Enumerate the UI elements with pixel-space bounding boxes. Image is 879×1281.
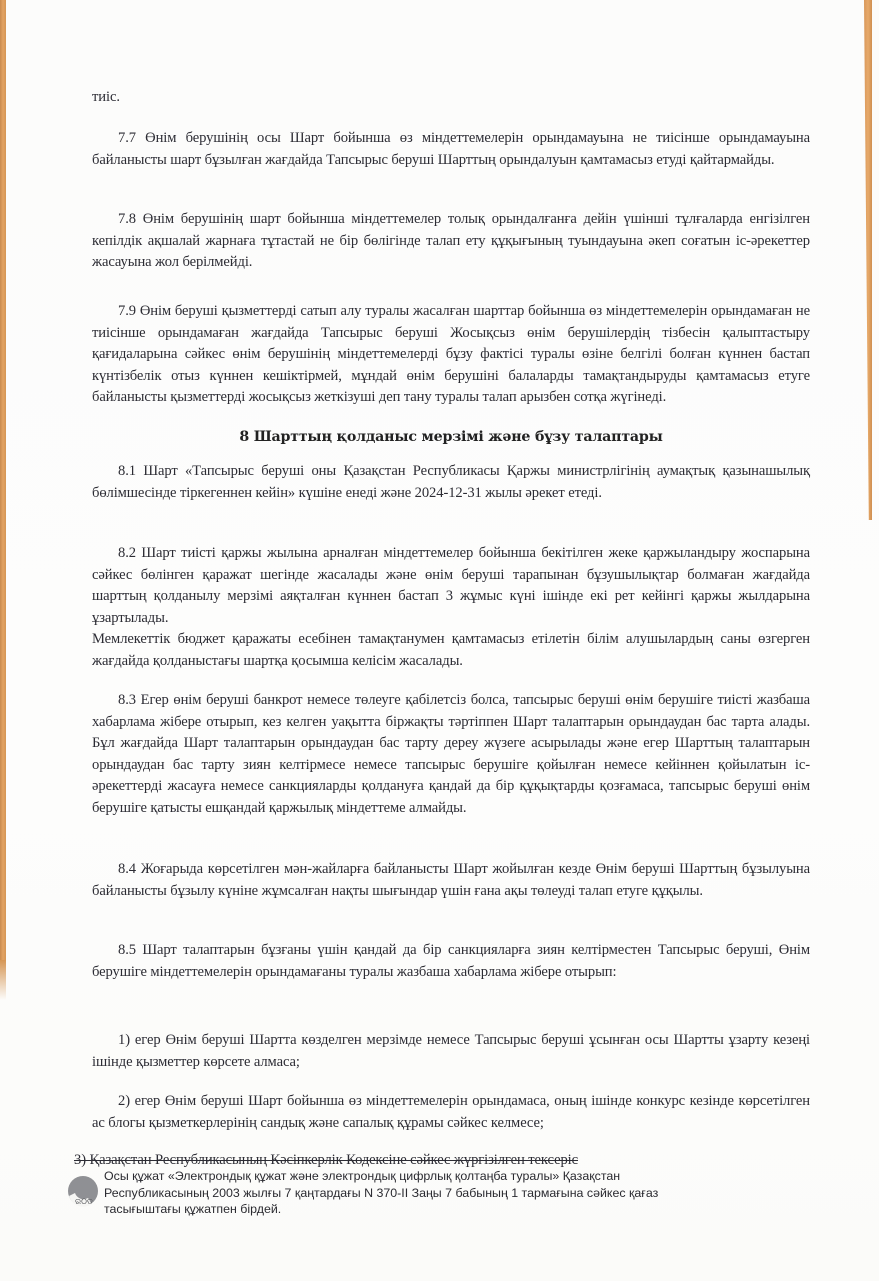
clause-8-4: 8.4 Жоғарыда көрсетілген мән-жайларға ба… bbox=[92, 859, 810, 902]
wooden-edge-right bbox=[864, 0, 872, 520]
clause-8-3: 8.3 Егер өнім беруші банкрот немесе төле… bbox=[92, 690, 810, 819]
continuation-text: тиіс. bbox=[92, 87, 810, 109]
list-item-1: 1) егер Өнім беруші Шартта көзделген мер… bbox=[92, 1030, 810, 1073]
svg-text:ର୦ଡ: ର୦ଡ bbox=[75, 1197, 93, 1206]
e-gov-seal-icon: ର୦ଡ bbox=[66, 1174, 100, 1208]
clause-7-8: 7.8 Өнім берушінің шарт бойынша міндетте… bbox=[92, 209, 810, 274]
clause-8-2: 8.2 Шарт тиісті қаржы жылына арналған мі… bbox=[92, 543, 810, 629]
footer-line-1: Осы құжат «Электрондық құжат және электр… bbox=[104, 1168, 804, 1185]
footer-disclaimer: Осы құжат «Электрондық құжат және электр… bbox=[104, 1168, 804, 1218]
clause-7-7: 7.7 Өнім берушінің осы Шарт бойынша өз м… bbox=[92, 128, 810, 171]
clause-8-1: 8.1 Шарт «Тапсырыс беруші оны Қазақстан … bbox=[92, 461, 810, 504]
clause-7-9: 7.9 Өнім беруші қызметтерді сатып алу ту… bbox=[92, 301, 810, 409]
list-item-2: 2) егер Өнім беруші Шарт бойынша өз мінд… bbox=[92, 1091, 810, 1134]
footer-line-2: Республикасының 2003 жылғы 7 қаңтардағы … bbox=[104, 1185, 804, 1202]
section-8-heading: 8 Шарттың қолданыс мерзімі және бұзу тал… bbox=[92, 429, 810, 445]
wooden-edge-left bbox=[0, 0, 6, 960]
clause-8-5: 8.5 Шарт талаптарын бұзғаны үшін қандай … bbox=[92, 940, 810, 983]
clause-8-2-amendment: Мемлекеттік бюджет қаражаты есебінен там… bbox=[92, 629, 810, 672]
document-page: тиіс. 7.7 Өнім берушінің осы Шарт бойынш… bbox=[0, 0, 879, 1281]
footer-line-3: тасығыштағы құжатпен бірдей. bbox=[104, 1201, 804, 1218]
